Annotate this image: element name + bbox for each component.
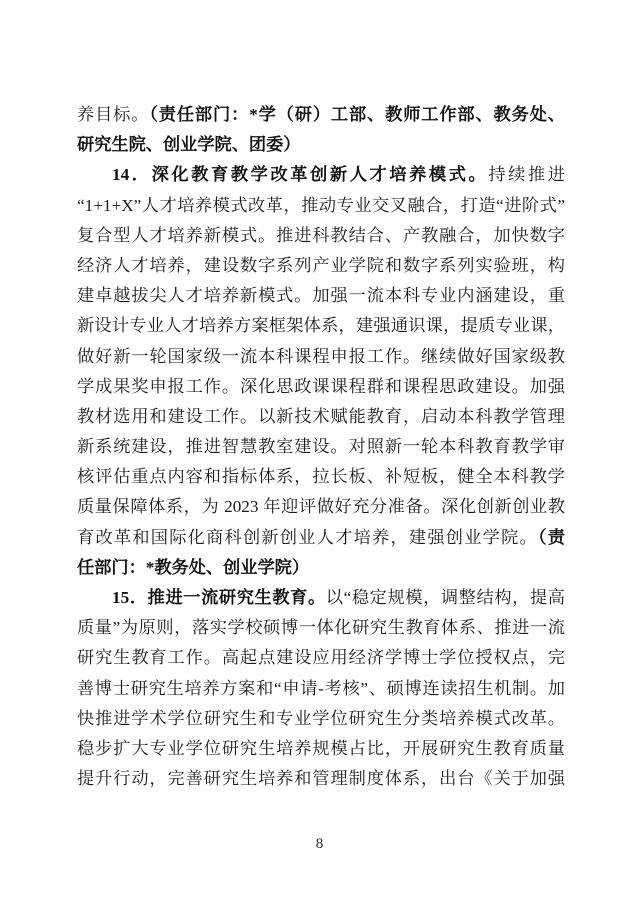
text-segment: 研究生教育工作。高起点建设应用经济学博士学位授权点，完 [77, 648, 565, 667]
page-number: 8 [0, 836, 639, 853]
text-line: 学成果奖申报工作。深化思政课课程群和课程思政建设。加强 [77, 372, 565, 402]
bold-text-segment: 14．深化教育教学改革创新人才培养模式。 [112, 165, 488, 184]
text-segment: 做好新一轮国家级一流本科课程申报工作。继续做好国家级教 [77, 347, 565, 366]
text-segment: 新设计专业人才培养方案框架体系，建强通识课，提质专业课， [77, 316, 565, 335]
text-segment: 质量保障体系，为 2023 年迎评做好充分准备。深化创新创业教 [77, 497, 565, 516]
text-line: 教材选用和建设工作。以新技术赋能教育，启动本科教学管理 [77, 402, 565, 432]
text-line: 研究生院、创业学院、团委） [77, 130, 565, 160]
text-segment: 育改革和国际化商科创新创业人才培养，建强创业学院。 [77, 528, 538, 547]
text-line: 养目标。（责任部门：*学（研）工部、教师工作部、教务处、 [77, 100, 565, 130]
text-segment: 质量”为原则，落实学校硕博一体化研究生教育体系、推进一流 [77, 618, 565, 637]
text-segment: 善博士研究生培养方案和“申请-考核”、硕博连读招生机制。加 [77, 679, 565, 698]
text-line: 建卓越拔尖人才培养新模式。加强一流本科专业内涵建设，重 [77, 281, 565, 311]
text-line: 复合型人才培养新模式。推进科教结合、产教融合，加快数字 [77, 221, 565, 251]
text-segment: 学成果奖申报工作。深化思政课课程群和课程思政建设。加强 [77, 377, 565, 396]
text-segment: 以“稳定规模，调整结构，提高 [326, 588, 565, 607]
text-line: 研究生教育工作。高起点建设应用经济学博士学位授权点，完 [77, 643, 565, 673]
document-page: 养目标。（责任部门：*学（研）工部、教师工作部、教务处、研究生院、创业学院、团委… [0, 0, 639, 905]
text-line: 经济人才培养，建设数字系列产业学院和数字系列实验班，构 [77, 251, 565, 281]
bold-text-segment: （责 [538, 528, 565, 547]
text-segment: 教材选用和建设工作。以新技术赋能教育，启动本科教学管理 [77, 407, 565, 426]
text-line: 新系统建设，推进智慧教室建设。对照新一轮本科教育教学审 [77, 432, 565, 462]
text-segment: 持续推进 [488, 165, 565, 184]
text-line: 质量”为原则，落实学校硕博一体化研究生教育体系、推进一流 [77, 613, 565, 643]
text-segment: 养目标。 [77, 105, 149, 124]
bold-text-segment: 研究生院、创业学院、团委） [77, 135, 300, 154]
text-line: 做好新一轮国家级一流本科课程申报工作。继续做好国家级教 [77, 342, 565, 372]
text-line: 任部门：*教务处、创业学院） [77, 553, 565, 583]
text-segment: 新系统建设，推进智慧教室建设。对照新一轮本科教育教学审 [77, 437, 565, 456]
text-line: 质量保障体系，为 2023 年迎评做好充分准备。深化创新创业教 [77, 492, 565, 522]
text-segment: 复合型人才培养新模式。推进科教结合、产教融合，加快数字 [77, 226, 565, 245]
text-segment: 快推进学术学位研究生和专业学位研究生分类培养模式改革。 [77, 709, 565, 728]
text-segment: 提升行动，完善研究生培养和管理制度体系，出台《关于加强 [77, 769, 565, 788]
text-line: “1+1+X”人才培养模式改革，推动专业交叉融合，打造“进阶式” [77, 191, 565, 221]
text-line: 14．深化教育教学改革创新人才培养模式。持续推进 [77, 160, 565, 190]
text-segment: 核评估重点内容和指标体系，拉长板、补短板，健全本科教学 [77, 467, 565, 486]
text-line: 善博士研究生培养方案和“申请-考核”、硕博连读招生机制。加 [77, 674, 565, 704]
text-block: 养目标。（责任部门：*学（研）工部、教师工作部、教务处、研究生院、创业学院、团委… [77, 100, 565, 794]
text-line: 稳步扩大专业学位研究生培养规模占比，开展研究生教育质量 [77, 734, 565, 764]
text-segment: 稳步扩大专业学位研究生培养规模占比，开展研究生教育质量 [77, 739, 565, 758]
text-line: 提升行动，完善研究生培养和管理制度体系，出台《关于加强 [77, 764, 565, 794]
text-line: 新设计专业人才培养方案框架体系，建强通识课，提质专业课， [77, 311, 565, 341]
text-line: 育改革和国际化商科创新创业人才培养，建强创业学院。（责 [77, 523, 565, 553]
bold-text-segment: （责任部门：*学（研）工部、教师工作部、教务处、 [149, 105, 565, 124]
text-line: 快推进学术学位研究生和专业学位研究生分类培养模式改革。 [77, 704, 565, 734]
text-segment: 经济人才培养，建设数字系列产业学院和数字系列实验班，构 [77, 256, 565, 275]
text-line: 15．推进一流研究生教育。以“稳定规模，调整结构，提高 [77, 583, 565, 613]
bold-text-segment: 任部门：*教务处、创业学院） [77, 558, 309, 577]
bold-text-segment: 15．推进一流研究生教育。 [112, 588, 326, 607]
text-segment: “1+1+X”人才培养模式改革，推动专业交叉融合，打造“进阶式” [77, 196, 565, 215]
text-line: 核评估重点内容和指标体系，拉长板、补短板，健全本科教学 [77, 462, 565, 492]
text-segment: 建卓越拔尖人才培养新模式。加强一流本科专业内涵建设，重 [77, 286, 565, 305]
